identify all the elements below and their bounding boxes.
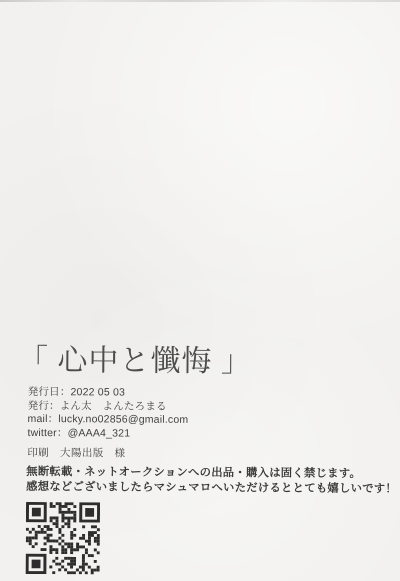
printer-line: 印刷 大陽出版 様 (27, 447, 125, 461)
book-title: 「 心中と懺悔 」 (18, 343, 252, 380)
mail-line: mail：lucky.no02856@gmail.com (28, 413, 189, 427)
twitter-line: twitter：@AAA4_321 (27, 426, 188, 440)
colophon-content: 「 心中と懺悔 」 発行日：2022 05 03 発行：よん太 よんたろまる m… (0, 0, 400, 581)
colophon-block: 発行日：2022 05 03 発行：よん太 よんたろまる mail：lucky.… (27, 386, 188, 441)
feedback-notice: 感想などございましたらマシュマロへいただけるととても嬉しいです！ (26, 480, 397, 497)
notice-block: 無断転載・ネットオークションへの出品・購入は固く禁じます。 感想などございました… (26, 465, 397, 497)
colophon-page: 「 心中と懺悔 」 発行日：2022 05 03 発行：よん太 よんたろまる m… (0, 0, 400, 581)
qr-code-icon (26, 502, 100, 574)
publisher-line: 発行：よん太 よんたろまる (28, 399, 189, 413)
publish-date-line: 発行日：2022 05 03 (28, 386, 189, 400)
